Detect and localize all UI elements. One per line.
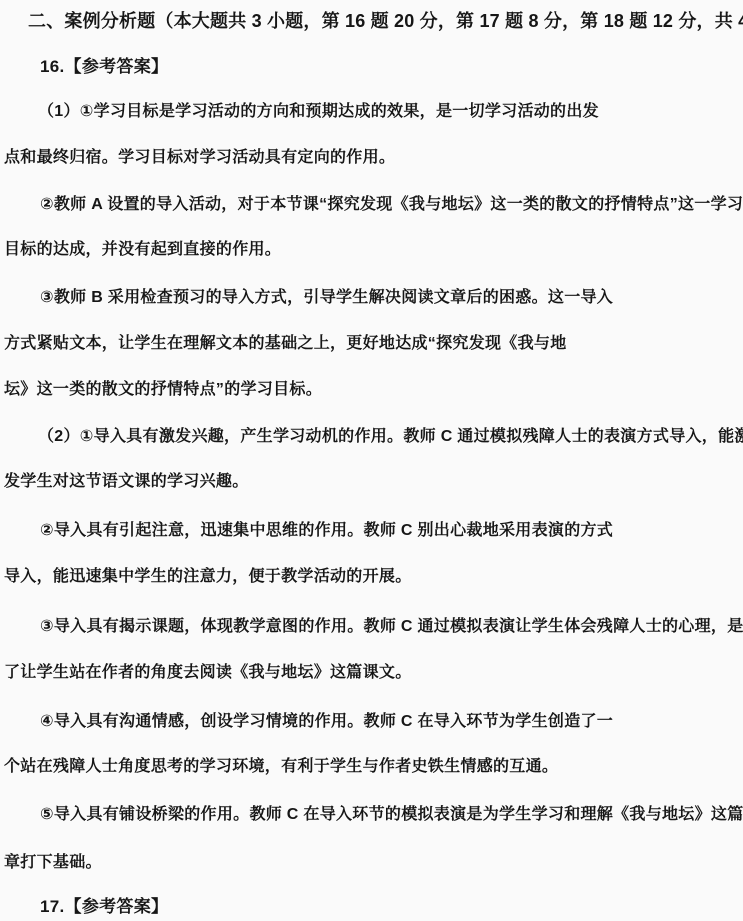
answer-text-line: ③导入具有揭示课题，体现教学意图的作用。教师 C 通过模拟表演让学生体会残障人士… bbox=[40, 615, 743, 639]
answer-16-label: 16.【参考答案】 bbox=[40, 55, 168, 79]
answer-text-line: 个站在残障人士角度思考的学习环境，有利于学生与作者史铁生情感的互通。 bbox=[4, 755, 558, 779]
answer-text-line: ②导入具有引起注意，迅速集中思维的作用。教师 C 别出心裁地采用表演的方式 bbox=[40, 519, 613, 543]
answer-17-label: 17.【参考答案】 bbox=[40, 895, 168, 919]
answer-text-line: 坛》这一类的散文的抒情特点”的学习目标。 bbox=[4, 378, 322, 402]
answer-text-line: 点和最终归宿。学习目标对学习活动具有定向的作用。 bbox=[4, 146, 395, 170]
answer-text-line: 导入，能迅速集中学生的注意力，便于教学活动的开展。 bbox=[4, 565, 412, 589]
document-page: 二、案例分析题（本大题共 3 小题，第 16 题 20 分，第 17 题 8 分… bbox=[0, 0, 743, 921]
answer-text-line: （2）①导入具有激发兴趣，产生学习动机的作用。教师 C 通过模拟残障人士的表演方… bbox=[38, 425, 743, 449]
answer-text-line: ④导入具有沟通情感，创设学习情境的作用。教师 C 在导入环节为学生创造了一 bbox=[40, 710, 613, 734]
answer-text-line: ②教师 A 设置的导入活动，对于本节课“探究发现《我与地坛》这一类的散文的抒情特… bbox=[40, 193, 743, 217]
answer-text-line: ⑤导入具有铺设桥梁的作用。教师 C 在导入环节的模拟表演是为学生学习和理解《我与… bbox=[40, 803, 743, 827]
answer-text-line: 目标的达成，并没有起到直接的作用。 bbox=[4, 238, 281, 262]
answer-text-line: 发学生对这节语文课的学习兴趣。 bbox=[4, 470, 249, 494]
answer-text-line: 了让学生站在作者的角度去阅读《我与地坛》这篇课文。 bbox=[4, 661, 412, 685]
answer-text-line: 方式紧贴文本，让学生在理解文本的基础之上，更好地达成“探究发现《我与地 bbox=[4, 332, 567, 356]
section-heading: 二、案例分析题（本大题共 3 小题，第 16 题 20 分，第 17 题 8 分… bbox=[28, 9, 743, 33]
answer-text-line: ③教师 B 采用检查预习的导入方式，引导学生解决阅读文章后的困惑。这一导入 bbox=[40, 286, 613, 310]
answer-text-line: （1）①学习目标是学习活动的方向和预期达成的效果，是一切学习活动的出发 bbox=[38, 100, 599, 124]
answer-text-line: 章打下基础。 bbox=[4, 851, 102, 875]
